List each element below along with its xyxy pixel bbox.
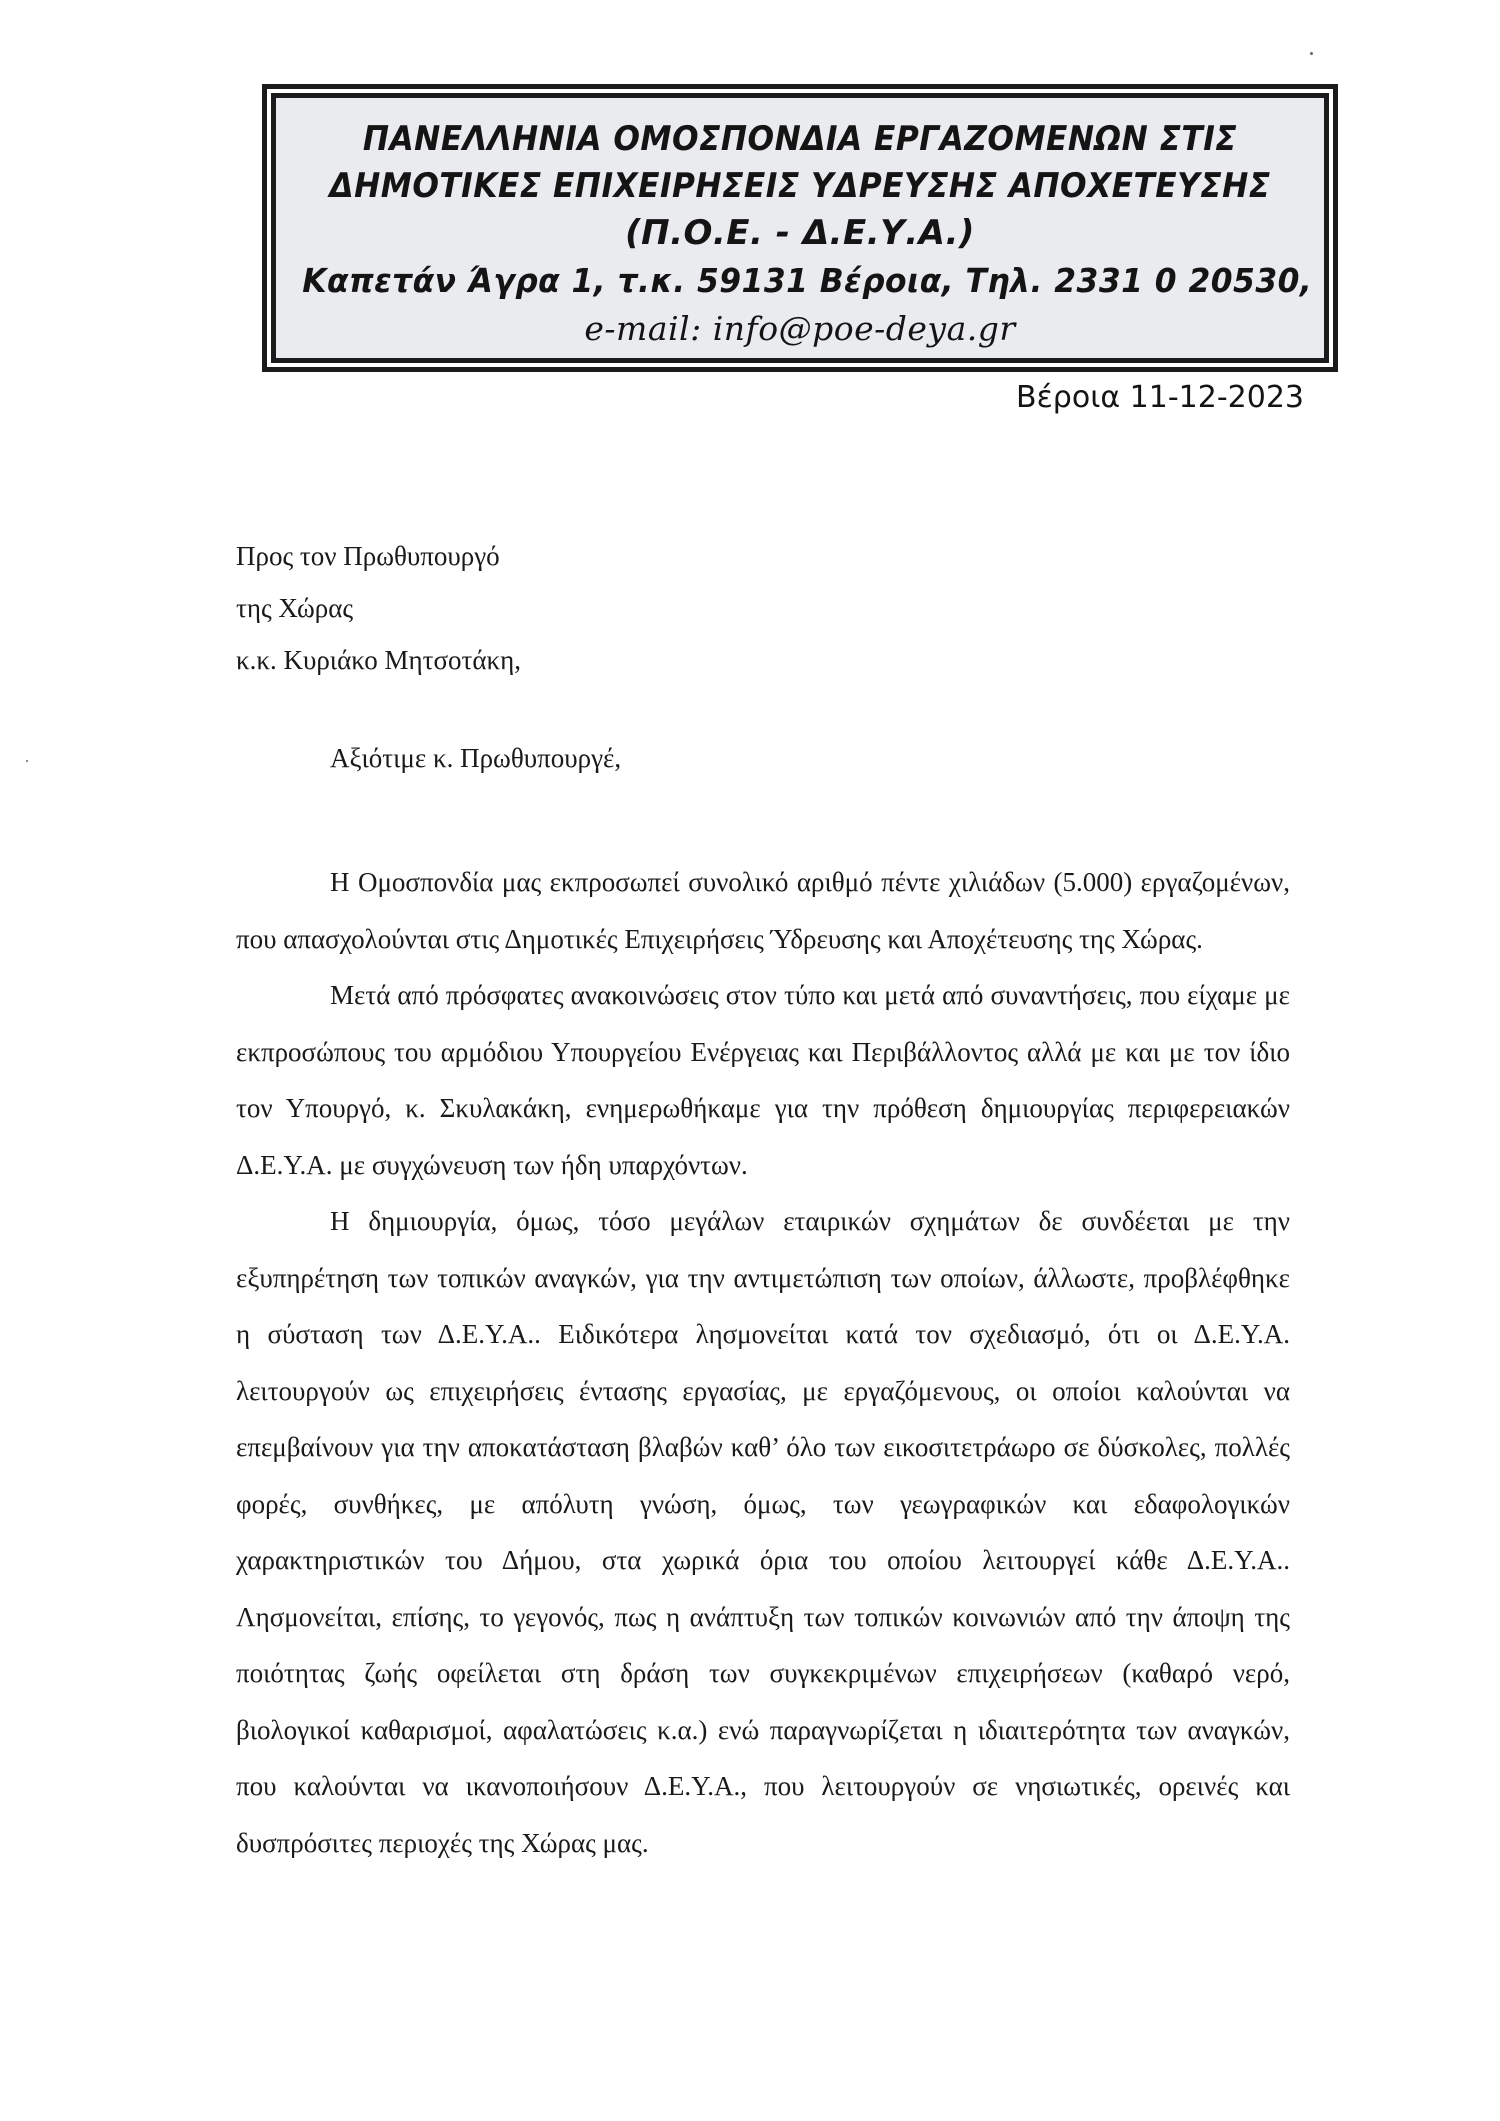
letterhead-inner: ΠΑΝΕΛΛΗΝΙΑ ΟΜΟΣΠΟΝΔΙΑ ΕΡΓΑΖΟΜΕΝΩΝ ΣΤΙΣ Δ… xyxy=(271,93,1329,363)
organization-email: e-mail: info@poe-deya.gr xyxy=(276,304,1324,354)
salutation: Αξιότιμε κ. Πρωθυπουργέ, xyxy=(330,738,621,778)
letter-date: Βέροια 11-12-2023 xyxy=(1016,378,1304,418)
scan-artifact-dot xyxy=(1310,52,1313,55)
organization-name-line-2: ΔΗΜΟΤΙΚΕΣ ΕΠΙΧΕΙΡΗΣΕΙΣ ΥΔΡΕΥΣΗΣ ΑΠΟΧΕΤΕΥ… xyxy=(318,163,1282,210)
recipient-line-2: της Χώρας xyxy=(236,582,521,634)
recipient-line-3: κ.κ. Κυριάκο Μητσοτάκη, xyxy=(236,634,521,686)
organization-name-line-1: ΠΑΝΕΛΛΗΝΙΑ ΟΜΟΣΠΟΝΔΙΑ ΕΡΓΑΖΟΜΕΝΩΝ ΣΤΙΣ xyxy=(318,116,1282,163)
recipient-block: Προς τον Πρωθυπουργό της Χώρας κ.κ. Κυρι… xyxy=(236,530,521,686)
letter-body: Η Ομοσπονδία μας εκπροσωπεί συνολικό αρι… xyxy=(236,854,1290,1871)
body-paragraph-3: Η δημιουργία, όμως, τόσο μεγάλων εταιρικ… xyxy=(236,1193,1290,1871)
organization-address: Καπετάν Άγρα 1, τ.κ. 59131 Βέροια, Τηλ. … xyxy=(302,257,1298,304)
organization-abbreviation: (Π.Ο.Ε. - Δ.Ε.Υ.Α.) xyxy=(276,210,1324,257)
body-paragraph-1: Η Ομοσπονδία μας εκπροσωπεί συνολικό αρι… xyxy=(236,854,1290,967)
letterhead-box: ΠΑΝΕΛΛΗΝΙΑ ΟΜΟΣΠΟΝΔΙΑ ΕΡΓΑΖΟΜΕΝΩΝ ΣΤΙΣ Δ… xyxy=(262,84,1338,372)
scan-artifact-dot xyxy=(26,760,28,762)
body-paragraph-2: Μετά από πρόσφατες ανακοινώσεις στον τύπ… xyxy=(236,967,1290,1193)
document-page: ΠΑΝΕΛΛΗΝΙΑ ΟΜΟΣΠΟΝΔΙΑ ΕΡΓΑΖΟΜΕΝΩΝ ΣΤΙΣ Δ… xyxy=(0,0,1500,2121)
recipient-line-1: Προς τον Πρωθυπουργό xyxy=(236,530,521,582)
